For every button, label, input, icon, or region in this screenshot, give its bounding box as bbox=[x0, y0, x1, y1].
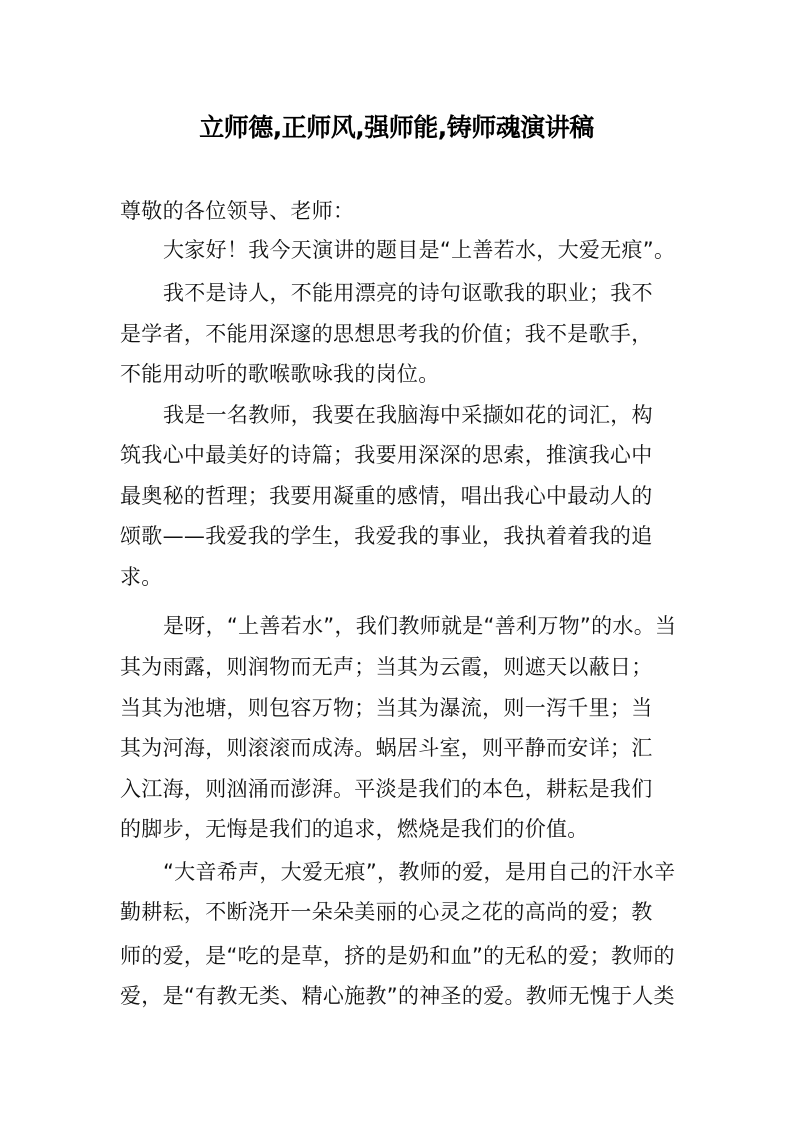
paragraph-line: 求。 bbox=[120, 563, 676, 591]
paragraph-line: 的脚步，无悔是我们的追求，燃烧是我们的价值。 bbox=[120, 815, 676, 843]
paragraph-line: 当其为池塘，则包容万物；当其为瀑流，则一泻千里；当 bbox=[120, 694, 676, 722]
paragraph-line: 勤耕耘，不断浇开一朵朵美丽的心灵之花的高尚的爱；教 bbox=[120, 898, 676, 926]
paragraph-line: 不能用动听的歌喉歌咏我的岗位。 bbox=[120, 360, 676, 388]
paragraph-line: 是呀，“上善若水”，我们教师就是“善利万物”的水。当 bbox=[163, 612, 675, 640]
paragraph-line: 是学者，不能用深邃的思想思考我的价值；我不是歌手， bbox=[120, 320, 676, 348]
paragraph-line: 其为雨露，则润物而无声；当其为云霞，则遮天以蔽日； bbox=[120, 653, 676, 681]
paragraph-line: 我不是诗人，不能用漂亮的诗句讴歌我的职业；我不 bbox=[163, 279, 675, 307]
document-title: 立师德,正师风,强师能,铸师魂演讲稿 bbox=[0, 108, 793, 144]
paragraph-line: 颂歌——我爱我的学生，我爱我的事业，我执着着我的追 bbox=[120, 522, 676, 550]
paragraph-line: 师的爱，是“吃的是草，挤的是奶和血”的无私的爱；教师的 bbox=[120, 942, 676, 970]
paragraph-line: 我是一名教师，我要在我脑海中采撷如花的词汇，构 bbox=[163, 401, 675, 429]
paragraph-line: “大音希声，大爱无痕”，教师的爱，是用自己的汗水辛 bbox=[163, 858, 675, 886]
paragraph-line: 爱，是“有教无类、精心施教”的神圣的爱。教师无愧于人类 bbox=[120, 982, 676, 1010]
paragraph-line: 入江海，则汹涌而澎湃。平淡是我们的本色，耕耘是我们 bbox=[120, 775, 676, 803]
paragraph-line: 大家好！我今天演讲的题目是“上善若水，大爱无痕”。 bbox=[163, 236, 675, 264]
paragraph-line: 筑我心中最美好的诗篇；我要用深深的思索，推演我心中 bbox=[120, 441, 676, 469]
salutation: 尊敬的各位领导、老师： bbox=[120, 197, 676, 225]
paragraph-line: 其为河海，则滚滚而成涛。蜗居斗室，则平静而安详；汇 bbox=[120, 734, 676, 762]
paragraph-line: 最奥秘的哲理；我要用凝重的感情，唱出我心中最动人的 bbox=[120, 482, 676, 510]
